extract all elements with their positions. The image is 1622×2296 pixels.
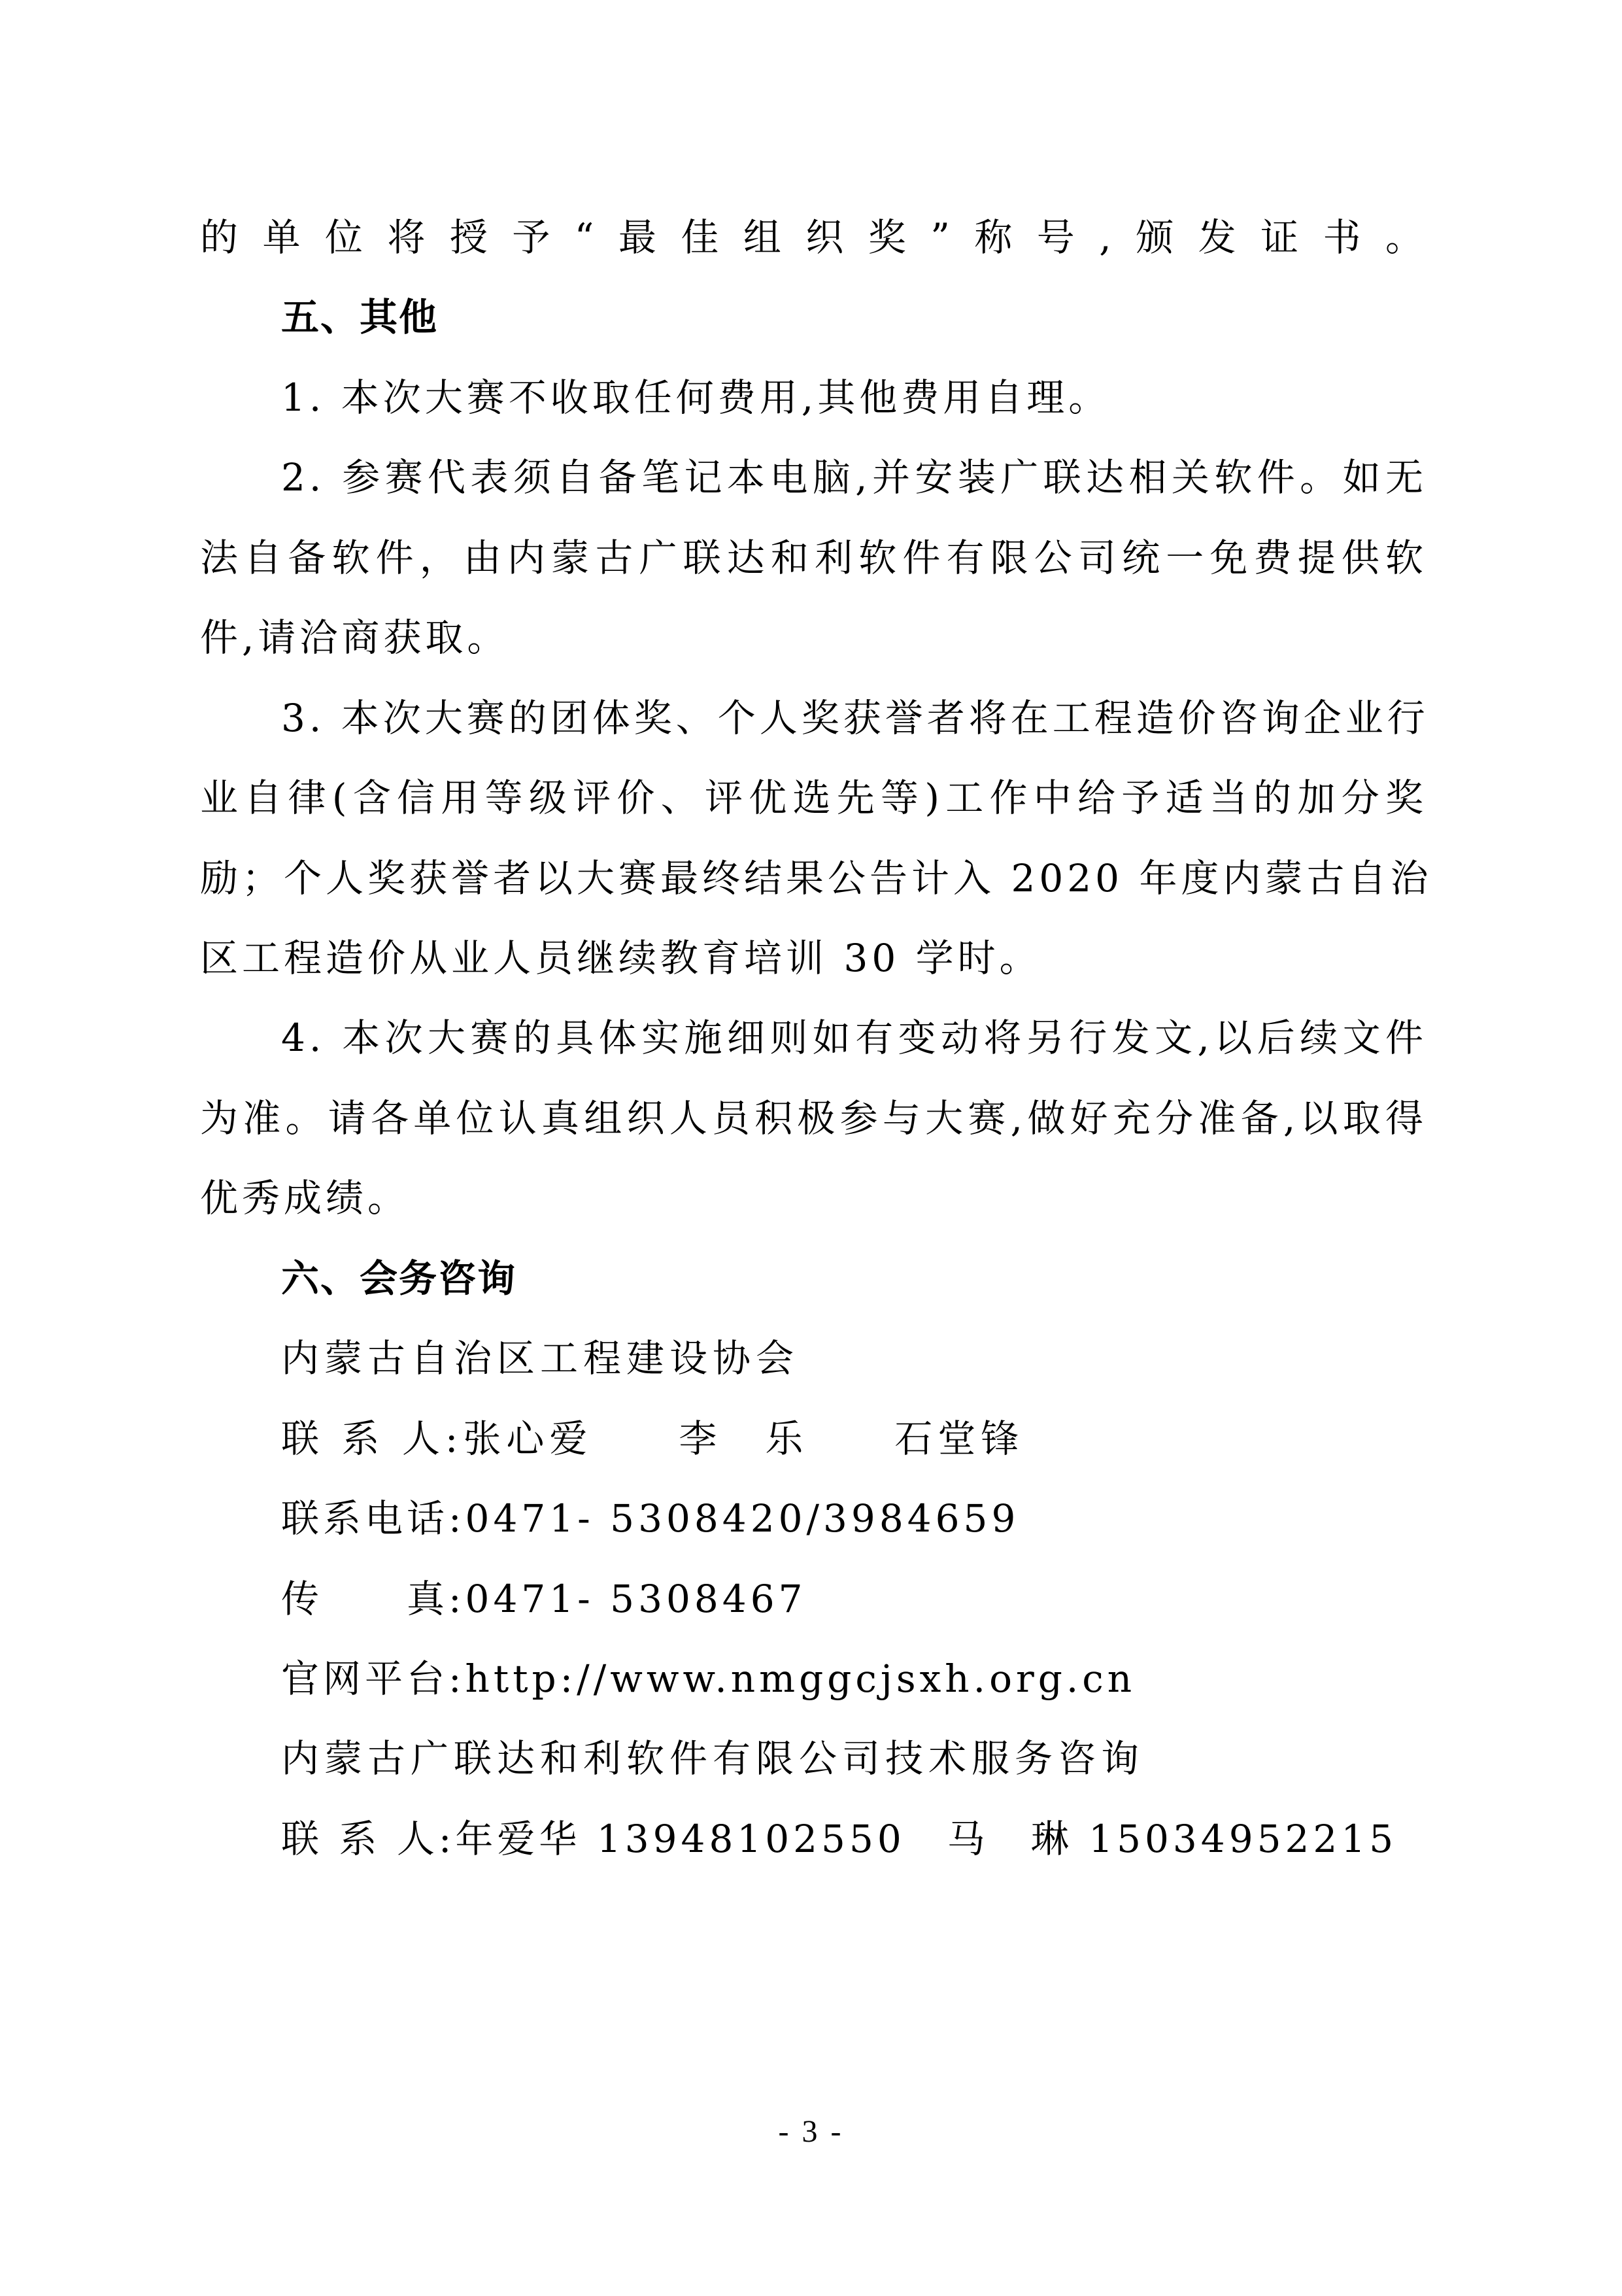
item-4-line-1: 4. 本次大赛的具体实施细则如有变动将另行发文,以后续文件 bbox=[281, 998, 1427, 1078]
website-link[interactable]: 官网平台:http://www.nmggcjsxh.org.cn bbox=[281, 1639, 1136, 1719]
document-page: 的单位将授予“最佳组织奖”称号,颁发证书。 五、其他 1. 本次大赛不收取任何费… bbox=[0, 0, 1622, 2296]
tech-support-organization: 内蒙古广联达和利软件有限公司技术服务咨询 bbox=[281, 1719, 1144, 1798]
contact-people: 联 系 人:张心爱 李 乐 石堂锋 bbox=[281, 1399, 1024, 1479]
item-3-line-1: 3. 本次大赛的团体奖、个人奖获誉者将在工程造价咨询企业行 bbox=[281, 678, 1427, 758]
item-4-line-2: 为准。请各单位认真组织人员积极参与大赛,做好充分准备,以取得 bbox=[200, 1078, 1427, 1158]
paragraph-continuation: 的单位将授予“最佳组织奖”称号,颁发证书。 bbox=[200, 197, 1427, 277]
item-3-line-2: 业自律(含信用等级评价、评优选先等)工作中给予适当的加分奖 bbox=[200, 758, 1427, 838]
item-2-line-2: 法自备软件，由内蒙古广联达和利软件有限公司统一免费提供软 bbox=[200, 518, 1427, 598]
item-2-line-3: 件,请洽商获取。 bbox=[200, 598, 509, 677]
contact-phone: 联系电话:0471- 5308420/3984659 bbox=[281, 1479, 1019, 1558]
item-4-line-3: 优秀成绩。 bbox=[200, 1158, 409, 1238]
section-heading-other: 五、其他 bbox=[281, 277, 438, 357]
organizer-name: 内蒙古自治区工程建设协会 bbox=[281, 1318, 799, 1398]
section-heading-inquiry: 六、会务咨询 bbox=[281, 1239, 516, 1318]
item-2-line-1: 2. 参赛代表须自备笔记本电脑,并安装广联达相关软件。如无 bbox=[281, 437, 1427, 517]
item-3-line-3: 励；个人奖获誉者以大赛最终结果公告计入 2020 年度内蒙古自治 bbox=[200, 838, 1427, 918]
contact-fax: 传 真:0471- 5308467 bbox=[281, 1559, 807, 1639]
item-3-line-4: 区工程造价从业人员继续教育培训 30 学时。 bbox=[200, 918, 1041, 998]
tech-support-contacts: 联 系 人:年爱华 13948102550 马 琳 15034952215 bbox=[281, 1799, 1397, 1879]
item-1-line-1: 1. 本次大赛不收取任何费用,其他费用自理。 bbox=[281, 358, 1110, 437]
page-number: - 3 - bbox=[0, 2109, 1622, 2155]
